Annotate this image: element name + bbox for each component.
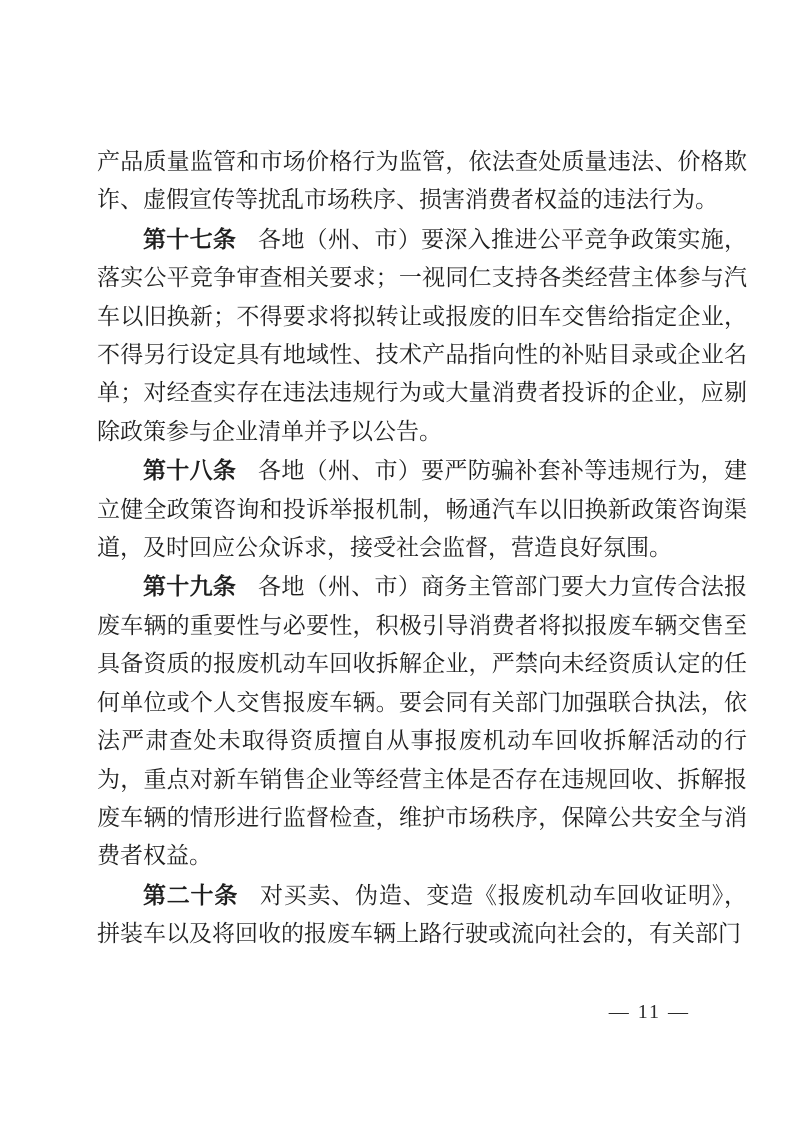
paragraph-article-20: 第二十条对买卖、伪造、变造《报废机动车回收证明》，拼装车以及将回收的报废车辆上路… [97, 876, 747, 954]
article-19-text: 各地（州、市）商务主管部门要大力宣传合法报废车辆的重要性与必要性，积极引导消费者… [97, 574, 747, 868]
document-page: 产品质量监管和市场价格行为监管，依法查处质量违法、价格欺诈、虚假宣传等扰乱市场秩… [0, 0, 793, 1122]
paragraph-continuation: 产品质量监管和市场价格行为监管，依法查处质量违法、价格欺诈、虚假宣传等扰乱市场秩… [97, 143, 747, 220]
document-body: 产品质量监管和市场价格行为监管，依法查处质量违法、价格欺诈、虚假宣传等扰乱市场秩… [97, 143, 747, 954]
article-17-number: 第十七条 [143, 226, 236, 252]
paragraph-article-18: 第十八条各地（州、市）要严防骗补套补等违规行为，建立健全政策咨询和投诉举报机制，… [97, 451, 747, 567]
page-number: — 11 — [609, 1000, 690, 1024]
paragraph-article-17: 第十七条各地（州、市）要深入推进公平竞争政策实施，落实公平竞争审查相关要求；一视… [97, 220, 747, 451]
paragraph-article-19: 第十九条各地（州、市）商务主管部门要大力宣传合法报废车辆的重要性与必要性，积极引… [97, 567, 747, 875]
article-20-number: 第二十条 [143, 882, 238, 908]
article-17-text: 各地（州、市）要深入推进公平竞争政策实施，落实公平竞争审查相关要求；一视同仁支持… [97, 227, 747, 444]
article-18-number: 第十八条 [143, 457, 236, 483]
paragraph-continuation-text: 产品质量监管和市场价格行为监管，依法查处质量违法、价格欺诈、虚假宣传等扰乱市场秩… [97, 149, 747, 212]
article-19-number: 第十九条 [143, 573, 236, 599]
